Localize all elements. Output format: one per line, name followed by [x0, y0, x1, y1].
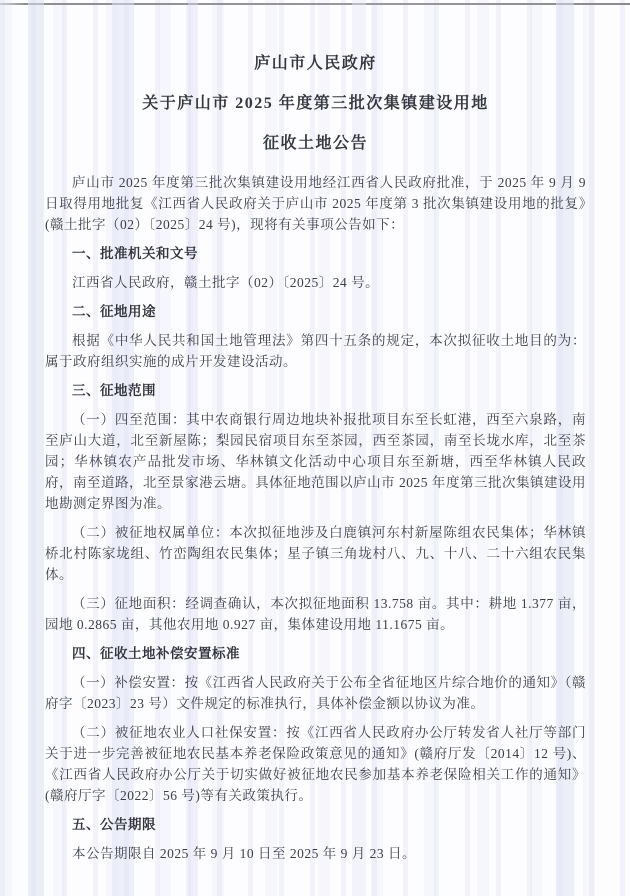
section-1-paragraph-1: 江西省人民政府，赣土批字（02）〔2025〕24 号。 [45, 272, 586, 293]
scanned-announcement-page: 庐山市人民政府 关于庐山市 2025 年度第三批次集镇建设用地 征收土地公告 庐… [0, 0, 630, 896]
section-4-paragraph-2: （二）被征地农业人口社保安置：按《江西省人民政府办公厅转发省人社厅等部门关于进一… [45, 722, 586, 806]
section-4-heading: 四、征收土地补偿安置标准 [45, 643, 586, 664]
document-title-block: 庐山市人民政府 关于庐山市 2025 年度第三批次集镇建设用地 征收土地公告 [45, 52, 586, 156]
scan-streak [28, 0, 44, 896]
intro-paragraph: 庐山市 2025 年度第三批次集镇建设用地经江西省人民政府批准，于 2025 年… [45, 172, 586, 235]
section-4-paragraph-1: （一）补偿安置：按《江西省人民政府关于公布全省征地区片综合地价的通知》（赣府字〔… [45, 672, 586, 714]
scan-top-edge-artifact [0, 3, 630, 5]
document-content: 庐山市人民政府 关于庐山市 2025 年度第三批次集镇建设用地 征收土地公告 庐… [45, 52, 586, 872]
section-3-paragraph-1: （一）四至范围：其中农商银行周边地块补报批项目东至长虹港，西至六泉路，南至庐山大… [45, 409, 586, 514]
doc-title-line-3: 征收土地公告 [45, 132, 586, 156]
section-5-paragraph-1: 本公告期限自 2025 年 9 月 10 日至 2025 年 9 月 23 日。 [45, 843, 586, 864]
section-3-paragraph-2: （二）被征地权属单位：本次拟征地涉及白鹿镇河东村新屋陈组农民集体；华林镇桥北村陈… [45, 522, 586, 585]
section-2-heading: 二、征地用途 [45, 301, 586, 322]
section-3-heading: 三、征地范围 [45, 380, 586, 401]
doc-title-line-1: 庐山市人民政府 [45, 52, 586, 76]
section-5-heading: 五、公告期限 [45, 814, 586, 835]
section-3-paragraph-3: （三）征地面积：经调查确认，本次拟征地面积 13.758 亩。其中：耕地 1.3… [45, 593, 586, 635]
section-2-paragraph-1: 根据《中华人民共和国土地管理法》第四十五条的规定，本次拟征收土地目的为：属于政府… [45, 330, 586, 372]
section-1-heading: 一、批准机关和文号 [45, 243, 586, 264]
doc-title-line-2: 关于庐山市 2025 年度第三批次集镇建设用地 [45, 92, 586, 116]
